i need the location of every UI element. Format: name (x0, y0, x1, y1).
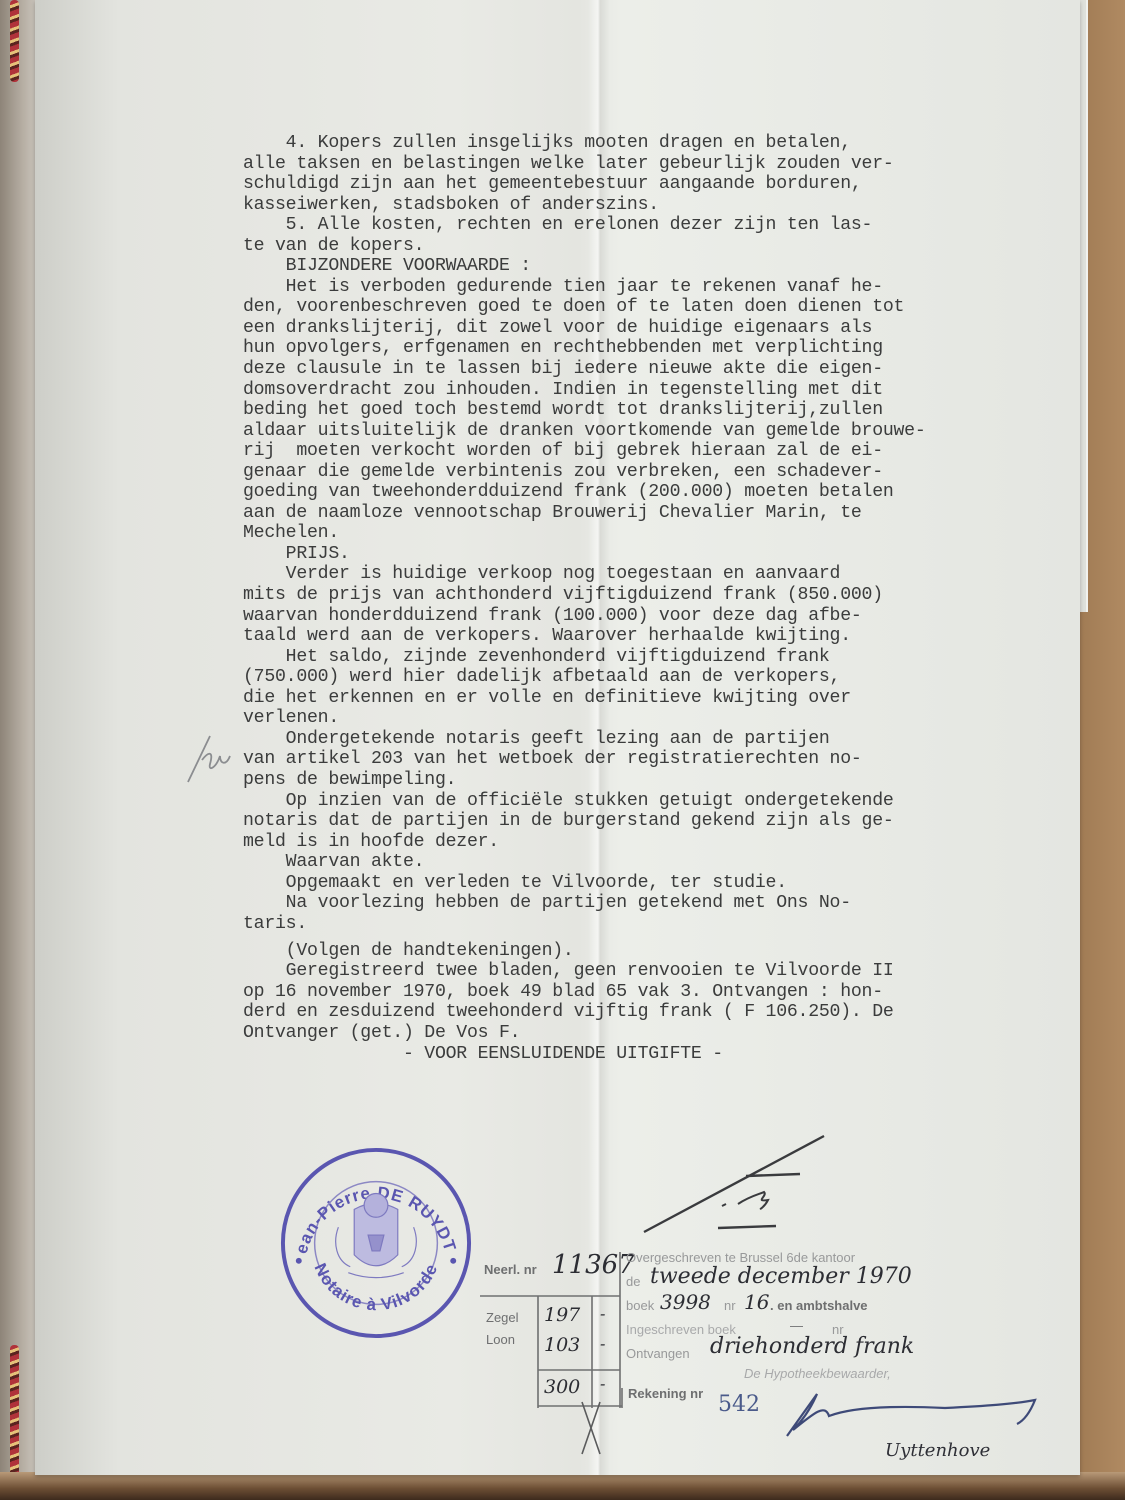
registration-block: Neerl. nr 11367 Zegel Loon 197 103 300 -… (480, 1248, 1000, 1408)
neerl-label: Neerl. nr (484, 1262, 537, 1277)
text-line: Ondergetekende notaris geeft lezing aan … (243, 729, 1073, 750)
zegel-label: Zegel (486, 1310, 519, 1325)
binding-cord-top (10, 0, 19, 82)
text-line: Geregistreerd twee bladen, geen renvooie… (243, 961, 1073, 982)
ingeschreven-dash: — (790, 1318, 803, 1333)
text-line: meld is in hoofde dezer. (243, 832, 1073, 853)
text-line: (Volgen de handtekeningen). (243, 941, 1073, 962)
loon-label: Loon (486, 1332, 515, 1347)
text-line: kasseiwerken, stadsboken of anderszins. (243, 195, 1073, 216)
boek-label: boek (626, 1298, 654, 1313)
rekening-value: 542 (718, 1392, 760, 1417)
text-line: Het saldo, zijnde zevenhonderd vijftigdu… (243, 647, 1073, 668)
text-line: taris. (243, 914, 1073, 941)
text-line: Na voorlezing hebben de partijen geteken… (243, 893, 1073, 914)
loon-value: 103 (544, 1334, 580, 1356)
ontvangen-label: Ontvangen (626, 1346, 690, 1361)
stamp-bottom-text: Notaire à Vilvorde (310, 1260, 441, 1314)
text-line: 5. Alle kosten, rechten en erelonen deze… (243, 215, 1073, 236)
zegel-value: 197 (544, 1304, 580, 1326)
notary-signature (640, 1130, 830, 1240)
svg-text:Notaire à Vilvorde: Notaire à Vilvorde (310, 1260, 441, 1314)
text-line: aldaar uitsluitelijk de dranken voortkom… (243, 421, 1073, 442)
hypotheekbewaarder-label: De Hypotheekbewaarder, (744, 1366, 891, 1381)
text-line: (750.000) werd hier dadelijk afbetaald a… (243, 667, 1073, 688)
text-line: deze clausule in te lassen bij iedere ni… (243, 359, 1073, 380)
text-line: aan de naamloze vennootschap Brouwerij C… (243, 503, 1073, 524)
rekening-label: Rekening nr (628, 1386, 703, 1401)
neerl-number: 11367 (552, 1250, 635, 1280)
loon-dash: - (600, 1334, 605, 1353)
transcription-date: tweede december 1970 (650, 1264, 912, 1289)
text-line: Opgemaakt en verleden te Vilvoorde, ter … (243, 873, 1073, 894)
nr-label: nr (724, 1298, 736, 1313)
boek-value: 3998 (660, 1290, 711, 1314)
overgeschreven-label: Overgeschreven te Brussel 6de kantoor (626, 1250, 855, 1265)
text-line: den, voorenbeschreven goed te doen of te… (243, 297, 1073, 318)
text-line: mits de prijs van achthonderd vijftigdui… (243, 585, 1073, 606)
text-line: Het is verboden gedurende tien jaar te r… (243, 277, 1073, 298)
text-line: op 16 november 1970, boek 49 blad 65 vak… (243, 982, 1073, 1003)
folder-bottom-edge (0, 1472, 1125, 1500)
de-label: de (626, 1274, 640, 1289)
text-line: Verder is huidige verkoop nog toegestaan… (243, 564, 1073, 585)
text-line: Waarvan akte. (243, 852, 1073, 873)
text-line: waarvan honderdduizend frank (100.000) v… (243, 606, 1073, 627)
text-line: domsoverdracht zou inhouden. Indien in t… (243, 380, 1073, 401)
text-line: Op inzien van de officiële stukken getui… (243, 791, 1073, 812)
text-line: alle taksen en belastingen welke later g… (243, 154, 1073, 175)
text-line: BIJZONDERE VOORWAARDE : (243, 256, 1073, 277)
text-line: goeding van tweehonderdduizend frank (20… (243, 482, 1073, 503)
notary-stamp: Jean-Pierre DE RUYDTS Notaire à Vilvorde (277, 1144, 475, 1342)
text-line: genaar die gemelde verbintenis zou verbr… (243, 462, 1073, 483)
text-line: Mechelen. (243, 523, 1073, 544)
zegel-dash: - (600, 1304, 605, 1323)
text-line: PRIJS. (243, 544, 1073, 565)
text-line: die het erkennen en er volle en definiti… (243, 688, 1073, 709)
text-line: verlenen. (243, 708, 1073, 729)
text-line: 4. Kopers zullen insgelijks mooten drage… (243, 133, 1073, 154)
total-value: 300 (544, 1376, 580, 1398)
text-line: taald werd aan de verkopers. Waarover he… (243, 626, 1073, 647)
total-dash: - (600, 1374, 605, 1393)
text-line: hun opvolgers, erfgenamen en rechthebben… (243, 338, 1073, 359)
text-line: pens de bewimpeling. (243, 770, 1073, 791)
ontvangen-value: driehonderd frank (710, 1334, 914, 1359)
text-line: een drankslijterij, dit zowel voor de hu… (243, 318, 1073, 339)
signer-name: Uyttenhove (885, 1440, 990, 1461)
text-line: notaris dat de partijen in de burgerstan… (243, 811, 1073, 832)
hypotheekbewaarder-signature (785, 1390, 1045, 1440)
nr-value: 16 (744, 1290, 769, 1314)
binder-spine (0, 0, 40, 1500)
text-line: Ontvanger (get.) De Vos F. (243, 1023, 1073, 1044)
text-line: beding het goed toch bestemd wordt tot d… (243, 400, 1073, 421)
text-line: - VOOR EENSLUIDENDE UITGIFTE - (243, 1044, 1073, 1065)
text-line: derd en zesduizend tweehonderd vijftig f… (243, 1002, 1073, 1023)
margin-initials-icon (180, 720, 240, 790)
ambtshalve-label: . en ambtshalve (770, 1298, 868, 1313)
text-line: te van de kopers. (243, 236, 1073, 257)
deed-body-text: 4. Kopers zullen insgelijks mooten drage… (243, 133, 1073, 1064)
text-line: schuldigd zijn aan het gemeentebestuur a… (243, 174, 1073, 195)
text-line: van artikel 203 van het wetboek der regi… (243, 749, 1073, 770)
text-line: rij moeten verkocht worden of bij gebrek… (243, 441, 1073, 462)
cross-mark-icon (578, 1398, 604, 1458)
